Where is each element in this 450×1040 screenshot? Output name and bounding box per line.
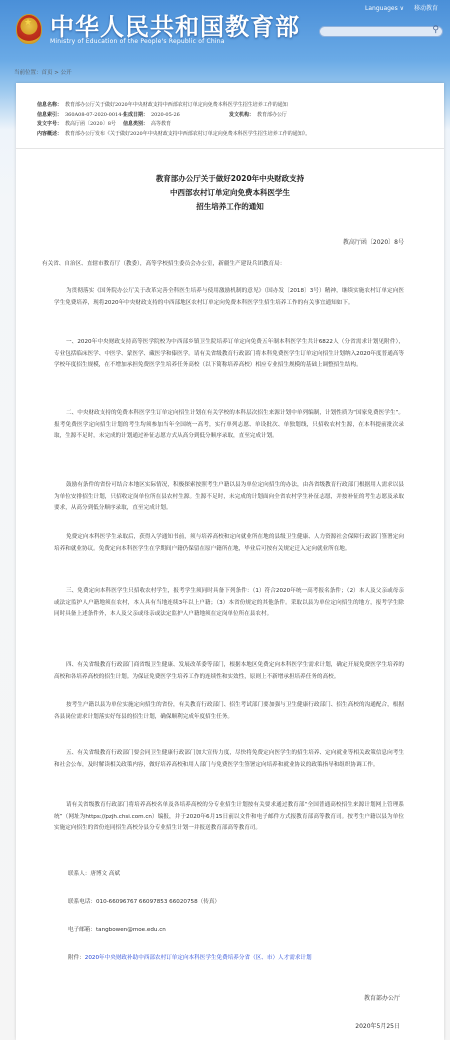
paragraph: 按考生户籍以县为单位实施定向招生的省份，有关教育行政部门、招生考试部门要加强与卫… (54, 700, 404, 723)
site-title[interactable]: 中华人民共和国教育部 (50, 14, 300, 40)
docno-label: 发文字号： (37, 120, 65, 130)
paragraph: 四、有关省级教育行政部门商省级卫生健康、发展改革委等部门，根据本地区免费定向本科… (54, 660, 404, 683)
attachment: 附件：2020年中央财政补助中西部农村订单定向本科医学生免费培养分省（区、市）人… (68, 953, 428, 965)
index-label: 信息索引： (37, 111, 65, 121)
docno-value: 教高厅函〔2020〕8号 (65, 120, 123, 130)
divider (16, 148, 444, 149)
site-subtitle: Ministry of Education of the People's Re… (50, 38, 225, 45)
summary-value: 教育部办公厅发布《关于做好2020年中央财政支持中西部农村订单定向免费本科医学生… (65, 130, 310, 140)
document-number: 教高厅函〔2020〕8号 (343, 237, 404, 246)
title-line: 教育部办公厅关于做好2020年中央财政支持 (16, 172, 444, 186)
paragraph: 为贯彻落实《国务院办公厅关于改革完善全科医生培养与使用激励机制的意见》（国办发〔… (54, 286, 404, 309)
contact-person: 联系人：唐博文 高斌 (68, 869, 418, 881)
date-label: 生成日期： (123, 111, 151, 121)
contact-phone: 联系电话：010-66096767 66097853 66020758（传真） (68, 897, 418, 909)
paragraph: 五、有关省级教育行政部门要会同卫生健康行政部门加大宣传力度，尽快将免费定向医学生… (54, 748, 404, 771)
breadcrumb[interactable]: 当前位置：首页 > 公开 (14, 68, 72, 76)
category-value: 高等教育 (151, 120, 171, 130)
paragraph: 请有关省级教育行政部门将培养高校名单及各培养高校的分专业招生计划按有关要求通过教… (54, 800, 404, 835)
contact-email: 电子邮箱：tangbowen@moe.edu.cn (68, 925, 418, 937)
site-header: 中华人民共和国教育部 Ministry of Education of the … (0, 0, 450, 62)
national-emblem-icon (16, 14, 42, 44)
search-input[interactable]: ⚲ (319, 26, 443, 37)
category-label: 信息类别： (123, 120, 151, 130)
summary-label: 内容概述： (37, 130, 65, 140)
document-title: 教育部办公厅关于做好2020年中央财政支持 中西部农村订单定向免费本科医学生 招… (16, 172, 444, 214)
issuer-value: 教育部办公厅 (257, 111, 287, 121)
paragraph: 三、免费定向本科医学生只招收农村学生，报考学生须同时具备下列条件：（1）符合20… (54, 586, 404, 621)
top-links: Languages ∨ 移动教育 (357, 3, 438, 12)
mobile-education-link[interactable]: 移动教育 (414, 5, 438, 12)
salutation: 有关省、自治区、直辖市教育厅（教委），高等学校招生委员会办公室，新疆生产建设兵团… (42, 259, 422, 271)
sign-date: 2020年5月25日 (355, 1021, 400, 1030)
title-line: 中西部农村订单定向免费本科医学生 (16, 186, 444, 200)
info-meta: 信息名称：教育部办公厅关于做好2020年中央财政支持中西部农村订单定向免费本科医… (37, 101, 310, 139)
signature: 教育部办公厅 (364, 993, 400, 1002)
issuer-label: 发文机构： (229, 111, 257, 121)
info-name: 教育部办公厅关于做好2020年中央财政支持中西部农村订单定向免费本科医学生招生培… (65, 101, 288, 111)
paragraph: 免费定向本科医学生录取后，获得入学通知书前，须与培养高校和定向就业所在地的县级卫… (54, 532, 404, 555)
paragraph: 二、中央财政支持的免费本科医学生订单定向招生计划在有关学校的本科层次招生来源计划… (54, 408, 404, 443)
title-line: 招生培养工作的通知 (16, 200, 444, 214)
attachment-label: 附件： (68, 955, 85, 961)
paragraph: 鼓励有条件的省份可结合本地区实际情况，积极探索按照考生户籍以县为单位定向招生的办… (54, 480, 404, 515)
languages-menu[interactable]: Languages ∨ (365, 5, 404, 12)
info-name-label: 信息名称： (37, 101, 65, 111)
search-icon[interactable]: ⚲ (432, 25, 439, 35)
index-value: 360A08-07-2020-0014-1 (65, 111, 123, 121)
date-value: 2020-05-26 (151, 111, 229, 121)
attachment-link[interactable]: 2020年中央财政补助中西部农村订单定向本科医学生免费培养分省（区、市）人才需求… (85, 955, 312, 961)
paragraph: 一、2020年中央财政支持高等医学院校为中西部乡镇卫生院培养订单定向免费五年制本… (54, 337, 404, 372)
